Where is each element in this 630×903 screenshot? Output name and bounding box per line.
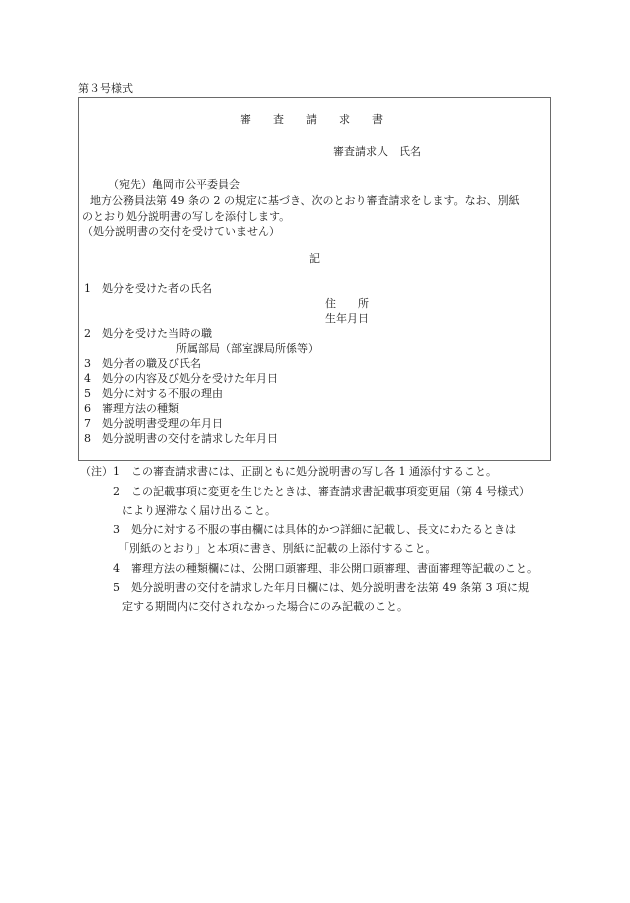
item-address: 住 所 <box>325 298 369 309</box>
item-1-num: 1 <box>84 283 91 294</box>
note-line: 2 この記載事項に変更を生じたときは、審査請求書記載事項変更届（第 4 号様式） <box>113 486 530 497</box>
item-department: 所属部局（部室課局所係等） <box>176 343 319 354</box>
body-line-1: 地方公務員法第 49 条の 2 の規定に基づき、次のとおり審査請求をします。なお… <box>90 195 520 206</box>
item-6-num: 6 <box>84 403 91 414</box>
note-line: 1 この審査請求書には、正副ともに処分説明書の写し各 1 通添付すること。 <box>113 466 497 477</box>
form-number: 第３号様式 <box>78 83 133 94</box>
addressee: （宛先）亀岡市公平委員会 <box>108 179 240 190</box>
body-line-3: （処分説明書の交付を受けていません） <box>82 226 280 237</box>
note-line: 3 処分に対する不服の事由欄には具体的かつ詳細に記載し、長文にわたるときは <box>113 524 516 535</box>
note-line: 定する期間内に交付されなかった場合にのみ記載のこと。 <box>122 601 408 612</box>
item-6-label: 審理方法の種類 <box>102 403 179 414</box>
item-3-num: 3 <box>84 358 91 369</box>
item-8-label: 処分説明書の交付を請求した年月日 <box>102 433 278 444</box>
item-8-num: 8 <box>84 433 91 444</box>
note-line: 5 処分説明書の交付を請求した年月日欄には、処分説明書を法第 49 条第 3 項… <box>113 582 529 593</box>
note-line: により遅滞なく届け出ること。 <box>122 505 276 516</box>
requester-label: 審査請求人 氏名 <box>333 146 421 157</box>
item-4-num: 4 <box>84 373 91 384</box>
item-2-label: 処分を受けた当時の職 <box>102 328 212 339</box>
item-5-num: 5 <box>84 388 91 399</box>
note-line: 「別紙のとおり」と本項に書き、別紙に記載の上添付すること。 <box>118 543 437 554</box>
item-7-label: 処分説明書受理の年月日 <box>102 418 223 429</box>
ki-heading: 記 <box>309 253 320 264</box>
item-4-label: 処分の内容及び処分を受けた年月日 <box>102 373 278 384</box>
item-7-num: 7 <box>84 418 91 429</box>
item-1-label: 処分を受けた者の氏名 <box>102 283 212 294</box>
item-3-label: 処分者の職及び氏名 <box>102 358 201 369</box>
body-line-2: のとおり処分説明書の写しを添付します。 <box>82 211 290 222</box>
item-birthdate: 生年月日 <box>325 313 369 324</box>
item-5-label: 処分に対する不服の理由 <box>102 388 223 399</box>
note-line: 4 審理方法の種類欄には、公開口頭審理、非公開口頭審理、書面審理等記載のこと。 <box>113 563 538 574</box>
page-title: 審査請求書 <box>240 114 405 125</box>
item-2-num: 2 <box>84 328 91 339</box>
notes-heading: （注） <box>80 466 113 477</box>
